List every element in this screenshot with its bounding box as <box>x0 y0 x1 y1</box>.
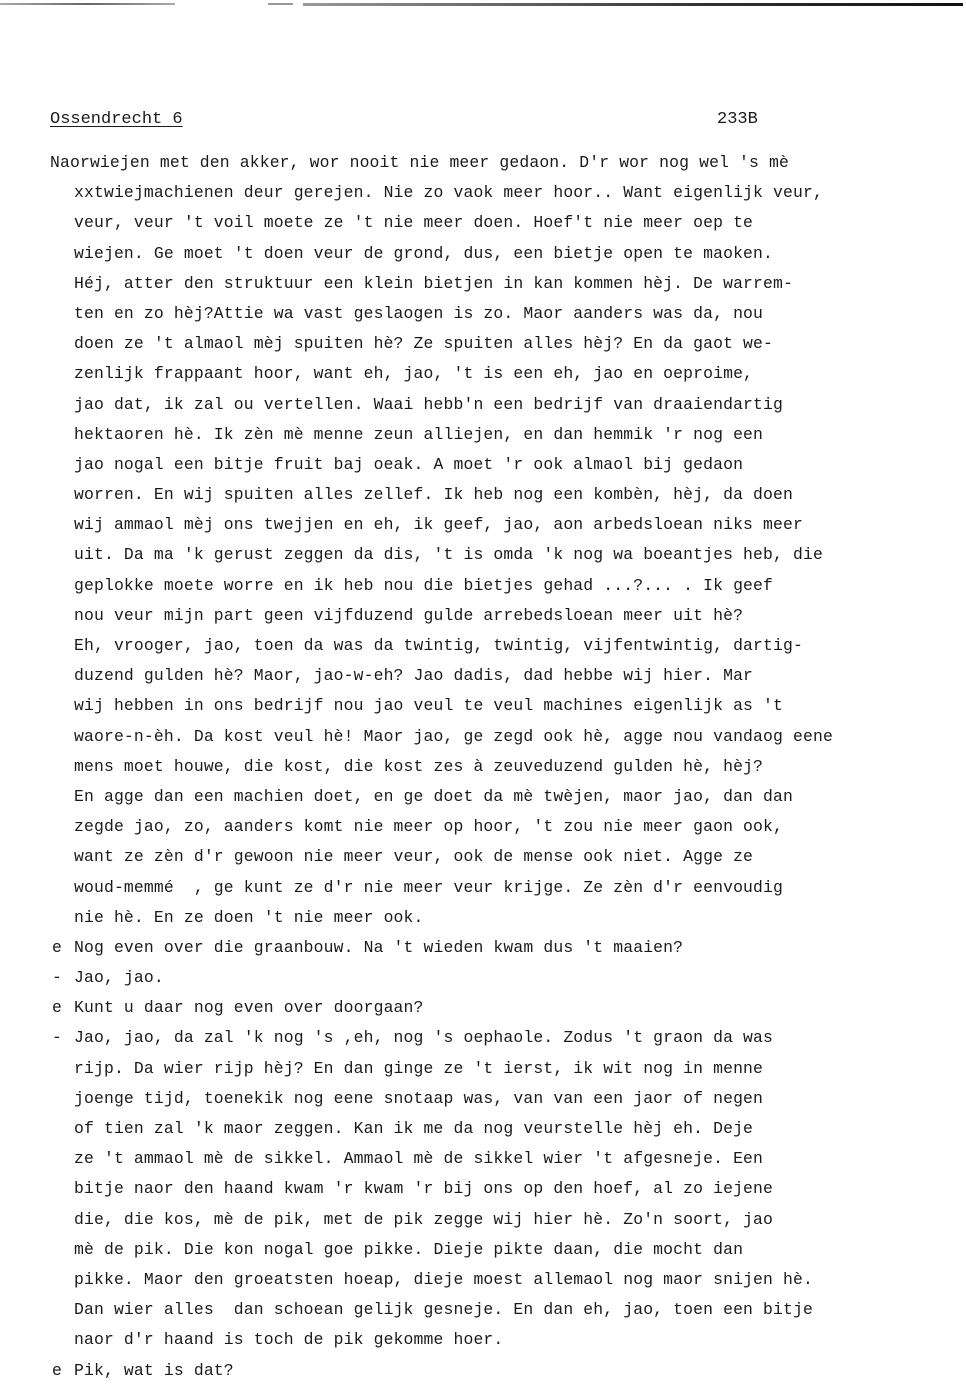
transcript-line: woud-memmé , ge kunt ze d'r nie meer veu… <box>50 873 950 903</box>
transcript-line: -Jao, jao, da zal 'k nog 's ,eh, nog 's … <box>50 1023 950 1053</box>
transcript-line: En agge dan een machien doet, en ge doet… <box>50 782 950 812</box>
line-text: veur, veur 't voil moete ze 't nie meer … <box>74 208 753 238</box>
line-text: Naorwiejen met den akker, wor nooit nie … <box>50 148 789 178</box>
respondent-marker: - <box>52 963 62 993</box>
line-text: zegde jao, zo, aanders komt nie meer op … <box>74 812 783 842</box>
transcript-line: eKunt u daar nog even over doorgaan? <box>50 993 950 1023</box>
transcript-line: Naorwiejen met den akker, wor nooit nie … <box>50 148 950 178</box>
line-text: hektaoren hè. Ik zèn mè menne zeun allie… <box>74 420 763 450</box>
transcript-line: uit. Da ma 'k gerust zeggen da dis, 't i… <box>50 540 950 570</box>
line-text: die, die kos, mè de pik, met de pik zegg… <box>74 1205 773 1235</box>
line-text: rijp. Da wier rijp hèj? En dan ginge ze … <box>74 1054 763 1084</box>
line-text: nie hè. En ze doen 't nie meer ook. <box>74 903 424 933</box>
transcript-line: -Jao, jao. <box>50 963 950 993</box>
interviewer-marker: e <box>52 1356 62 1386</box>
transcript-line: Héj, atter den struktuur een klein bietj… <box>50 269 950 299</box>
line-text: mens moet houwe, die kost, die kost zes … <box>74 752 763 782</box>
transcript-line: wij ammaol mèj ons twejjen en eh, ik gee… <box>50 510 950 540</box>
line-text: mè de pik. Die kon nogal goe pikke. Diej… <box>74 1235 743 1265</box>
transcript-line: wij hebben in ons bedrijf nou jao veul t… <box>50 691 950 721</box>
transcript-line: veur, veur 't voil moete ze 't nie meer … <box>50 208 950 238</box>
scan-edge-artifact <box>0 3 175 5</box>
transcript-line: mens moet houwe, die kost, die kost zes … <box>50 752 950 782</box>
line-text: worren. En wij spuiten alles zellef. Ik … <box>74 480 793 510</box>
line-text: waore-n-èh. Da kost veul hè! Maor jao, g… <box>74 722 833 752</box>
interviewer-marker: e <box>52 993 62 1023</box>
line-text: Héj, atter den struktuur een klein bietj… <box>74 269 793 299</box>
line-text: woud-memmé , ge kunt ze d'r nie meer veu… <box>74 873 783 903</box>
transcript-line: nie hè. En ze doen 't nie meer ook. <box>50 903 950 933</box>
line-text: Eh, vrooger, jao, toen da was da twintig… <box>74 631 803 661</box>
line-text: joenge tijd, toenekik nog eene snotaap w… <box>74 1084 763 1114</box>
line-text: wiejen. Ge moet 't doen veur de grond, d… <box>74 239 773 269</box>
line-text: wij ammaol mèj ons twejjen en eh, ik gee… <box>74 510 803 540</box>
transcript-line: Eh, vrooger, jao, toen da was da twintig… <box>50 631 950 661</box>
transcript-line: bitje naor den haand kwam 'r kwam 'r bij… <box>50 1174 950 1204</box>
line-text: Jao, jao. <box>74 963 164 993</box>
line-text: Pik, wat is dat? <box>74 1356 234 1386</box>
transcript-line: worren. En wij spuiten alles zellef. Ik … <box>50 480 950 510</box>
transcript-line: jao nogal een bitje fruit baj oeak. A mo… <box>50 450 950 480</box>
line-text: uit. Da ma 'k gerust zeggen da dis, 't i… <box>74 540 823 570</box>
document-title: Ossendrecht 6 <box>50 110 183 129</box>
line-text: duzend gulden hè? Maor, jao-w-eh? Jao da… <box>74 661 753 691</box>
transcript-line: Dan wier alles dan schoean gelijk gesnej… <box>50 1295 950 1325</box>
line-text: En agge dan een machien doet, en ge doet… <box>74 782 793 812</box>
line-text: Dan wier alles dan schoean gelijk gesnej… <box>74 1295 813 1325</box>
transcript-line: pikke. Maor den groeatsten hoeap, dieje … <box>50 1265 950 1295</box>
line-text: doen ze 't almaol mèj spuiten hè? Ze spu… <box>74 329 773 359</box>
transcript-line: of tien zal 'k maor zeggen. Kan ik me da… <box>50 1114 950 1144</box>
line-text: xxtwiejmachienen deur gerejen. Nie zo va… <box>74 178 823 208</box>
interviewer-marker: e <box>52 933 62 963</box>
transcript-line: xxtwiejmachienen deur gerejen. Nie zo va… <box>50 178 950 208</box>
transcript-line: rijp. Da wier rijp hèj? En dan ginge ze … <box>50 1054 950 1084</box>
line-text: Jao, jao, da zal 'k nog 's ,eh, nog 's o… <box>74 1023 773 1053</box>
transcript-line: waore-n-èh. Da kost veul hè! Maor jao, g… <box>50 722 950 752</box>
line-text: wij hebben in ons bedrijf nou jao veul t… <box>74 691 783 721</box>
transcript-line: mè de pik. Die kon nogal goe pikke. Diej… <box>50 1235 950 1265</box>
line-text: nou veur mijn part geen vijfduzend gulde… <box>74 601 743 631</box>
transcript-body: Naorwiejen met den akker, wor nooit nie … <box>50 148 950 1386</box>
transcript-line: joenge tijd, toenekik nog eene snotaap w… <box>50 1084 950 1114</box>
line-text: Nog even over die graanbouw. Na 't wiede… <box>74 933 683 963</box>
line-text: naor d'r haand is toch de pik gekomme ho… <box>74 1325 503 1355</box>
line-text: jao dat, ik zal ou vertellen. Waai hebb'… <box>74 390 783 420</box>
line-text: pikke. Maor den groeatsten hoeap, dieje … <box>74 1265 813 1295</box>
transcript-line: ePik, wat is dat? <box>50 1356 950 1386</box>
transcript-line: zegde jao, zo, aanders komt nie meer op … <box>50 812 950 842</box>
line-text: geplokke moete worre en ik heb nou die b… <box>74 571 773 601</box>
transcript-line: jao dat, ik zal ou vertellen. Waai hebb'… <box>50 390 950 420</box>
line-text: bitje naor den haand kwam 'r kwam 'r bij… <box>74 1174 773 1204</box>
transcript-line: ze 't ammaol mè de sikkel. Ammaol mè de … <box>50 1144 950 1174</box>
transcript-line: zenlijk frappaant hoor, want eh, jao, 't… <box>50 359 950 389</box>
transcript-line: eNog even over die graanbouw. Na 't wied… <box>50 933 950 963</box>
transcript-line: geplokke moete worre en ik heb nou die b… <box>50 571 950 601</box>
line-text: ten en zo hèj?Attie wa vast geslaogen is… <box>74 299 763 329</box>
line-text: ze 't ammaol mè de sikkel. Ammaol mè de … <box>74 1144 763 1174</box>
respondent-marker: - <box>52 1023 62 1053</box>
page-number: 233B <box>717 110 758 129</box>
transcript-line: die, die kos, mè de pik, met de pik zegg… <box>50 1205 950 1235</box>
scan-edge-artifact <box>268 3 293 5</box>
page-header: Ossendrecht 6 233B <box>50 110 790 129</box>
transcript-line: want ze zèn d'r gewoon nie meer veur, oo… <box>50 842 950 872</box>
transcript-line: naor d'r haand is toch de pik gekomme ho… <box>50 1325 950 1355</box>
transcript-line: ten en zo hèj?Attie wa vast geslaogen is… <box>50 299 950 329</box>
line-text: Kunt u daar nog even over doorgaan? <box>74 993 424 1023</box>
transcript-line: hektaoren hè. Ik zèn mè menne zeun allie… <box>50 420 950 450</box>
line-text: want ze zèn d'r gewoon nie meer veur, oo… <box>74 842 753 872</box>
transcript-line: nou veur mijn part geen vijfduzend gulde… <box>50 601 950 631</box>
line-text: jao nogal een bitje fruit baj oeak. A mo… <box>74 450 743 480</box>
line-text: of tien zal 'k maor zeggen. Kan ik me da… <box>74 1114 753 1144</box>
line-text: zenlijk frappaant hoor, want eh, jao, 't… <box>74 359 753 389</box>
transcript-line: doen ze 't almaol mèj spuiten hè? Ze spu… <box>50 329 950 359</box>
transcript-line: duzend gulden hè? Maor, jao-w-eh? Jao da… <box>50 661 950 691</box>
scan-edge-artifact <box>303 3 963 6</box>
transcript-line: wiejen. Ge moet 't doen veur de grond, d… <box>50 239 950 269</box>
